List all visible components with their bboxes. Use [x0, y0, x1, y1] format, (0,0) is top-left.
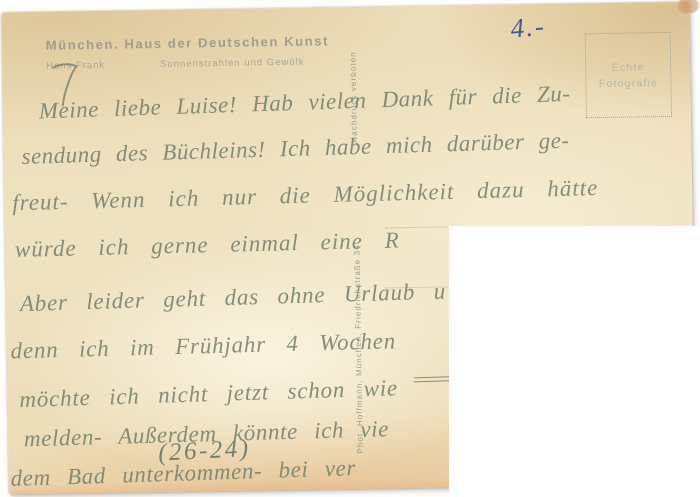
- handwriting-line: Meine liebe Luise! Hab vielen Dank für d…: [38, 81, 570, 125]
- scan-artifact-blob: [677, 0, 699, 14]
- postcard-title: München. Haus der Deutschen Kunst: [46, 33, 329, 52]
- handwritten-price: 4.-: [509, 11, 547, 45]
- handwriting-line: denn ich im Frühjahr 4 Wochen: [10, 328, 396, 364]
- artwork-title: Sonnenstrahlen und Gewölk: [160, 57, 305, 70]
- handwriting-line: Aber leider geht das ohne Urlaub u: [19, 279, 446, 318]
- postcard-scan: München. Haus der Deutschen Kunst Hans F…: [0, 0, 700, 497]
- stamp-box-label-line1: Echte: [612, 61, 645, 74]
- handwriting-line: würde ich gerne einmal eine R: [15, 228, 400, 263]
- handwriting-line: freut- Wenn ich nur die Möglichkeit dazu…: [12, 175, 599, 216]
- handwriting-line: möchte ich nicht jetzt schon wie: [19, 375, 398, 413]
- stamp-box-label-line2: Fotografie: [599, 77, 658, 90]
- stamp-box: Echte Fotografie: [585, 32, 672, 118]
- white-cover-overlay: [449, 226, 700, 497]
- handwriting-line: sendung des Büchleins! Ich habe mich dar…: [21, 128, 570, 170]
- catalog-number: (26-24): [158, 435, 252, 468]
